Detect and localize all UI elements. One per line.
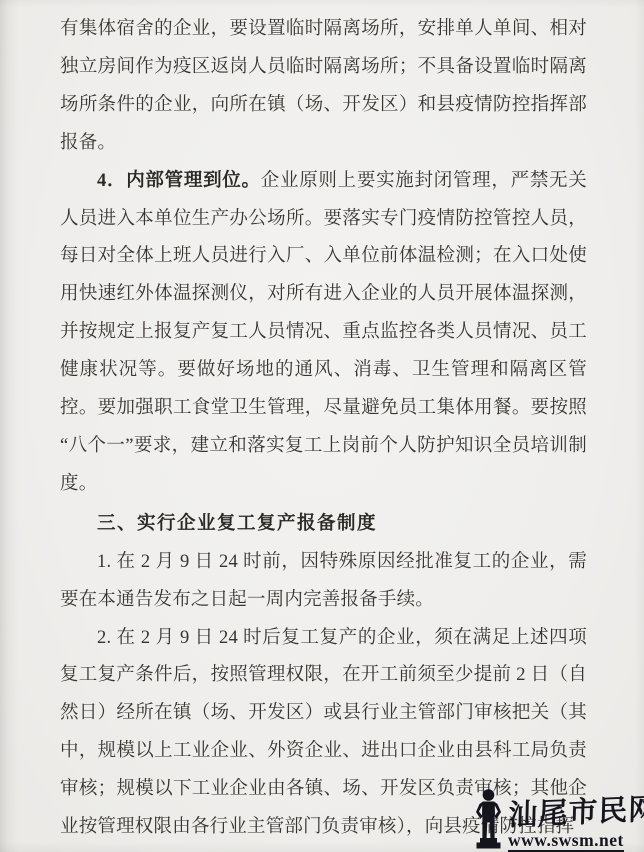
text-segment: 1. 在 2 月 9 日 24 时前，因特殊原因经批准复工的企业，需要在本通告发… [60,552,587,610]
watermark: 汕尾市民网 www.swsm.net [471,788,643,852]
person-silhouette-icon [471,788,507,852]
text-segment: 有集体宿舍的企业，要设置临时隔离场所，安排单人单间、相对独立房间作为疫区返岗人员… [60,19,587,153]
watermark-site-name: 汕尾市民网 [508,794,644,831]
heading-section-three: 三、实行企业复工复产报备制度 [60,504,587,544]
scanned-document-page: 有集体宿舍的企业，要设置临时隔离场所，安排单人单间、相对独立房间作为疫区返岗人员… [0,0,644,852]
para-item-1: 1. 在 2 月 9 日 24 时前，因特殊原因经批准复工的企业，需要在本通告发… [60,544,587,620]
document-body: 有集体宿舍的企业，要设置临时隔离场所，安排单人单间、相对独立房间作为疫区返岗人员… [60,11,587,847]
text-segment: 4．内部管理到位。 [97,171,261,191]
para-dormitory-isolation: 有集体宿舍的企业，要设置临时隔离场所，安排单人单间、相对独立房间作为疫区返岗人员… [60,11,587,163]
watermark-site-url: www.swsm.net [508,831,624,852]
watermark-text: 汕尾市民网 www.swsm.net [508,801,644,852]
text-segment: 三、实行企业复工复产报备制度 [97,512,377,533]
para-internal-management: 4．内部管理到位。企业原则上要实施封闭管理，严禁无关人员进入本单位生产办公场所。… [60,163,587,504]
text-segment: 企业原则上要实施封闭管理，严禁无关人员进入本单位生产办公场所。要落实专门疫情防控… [60,171,587,494]
